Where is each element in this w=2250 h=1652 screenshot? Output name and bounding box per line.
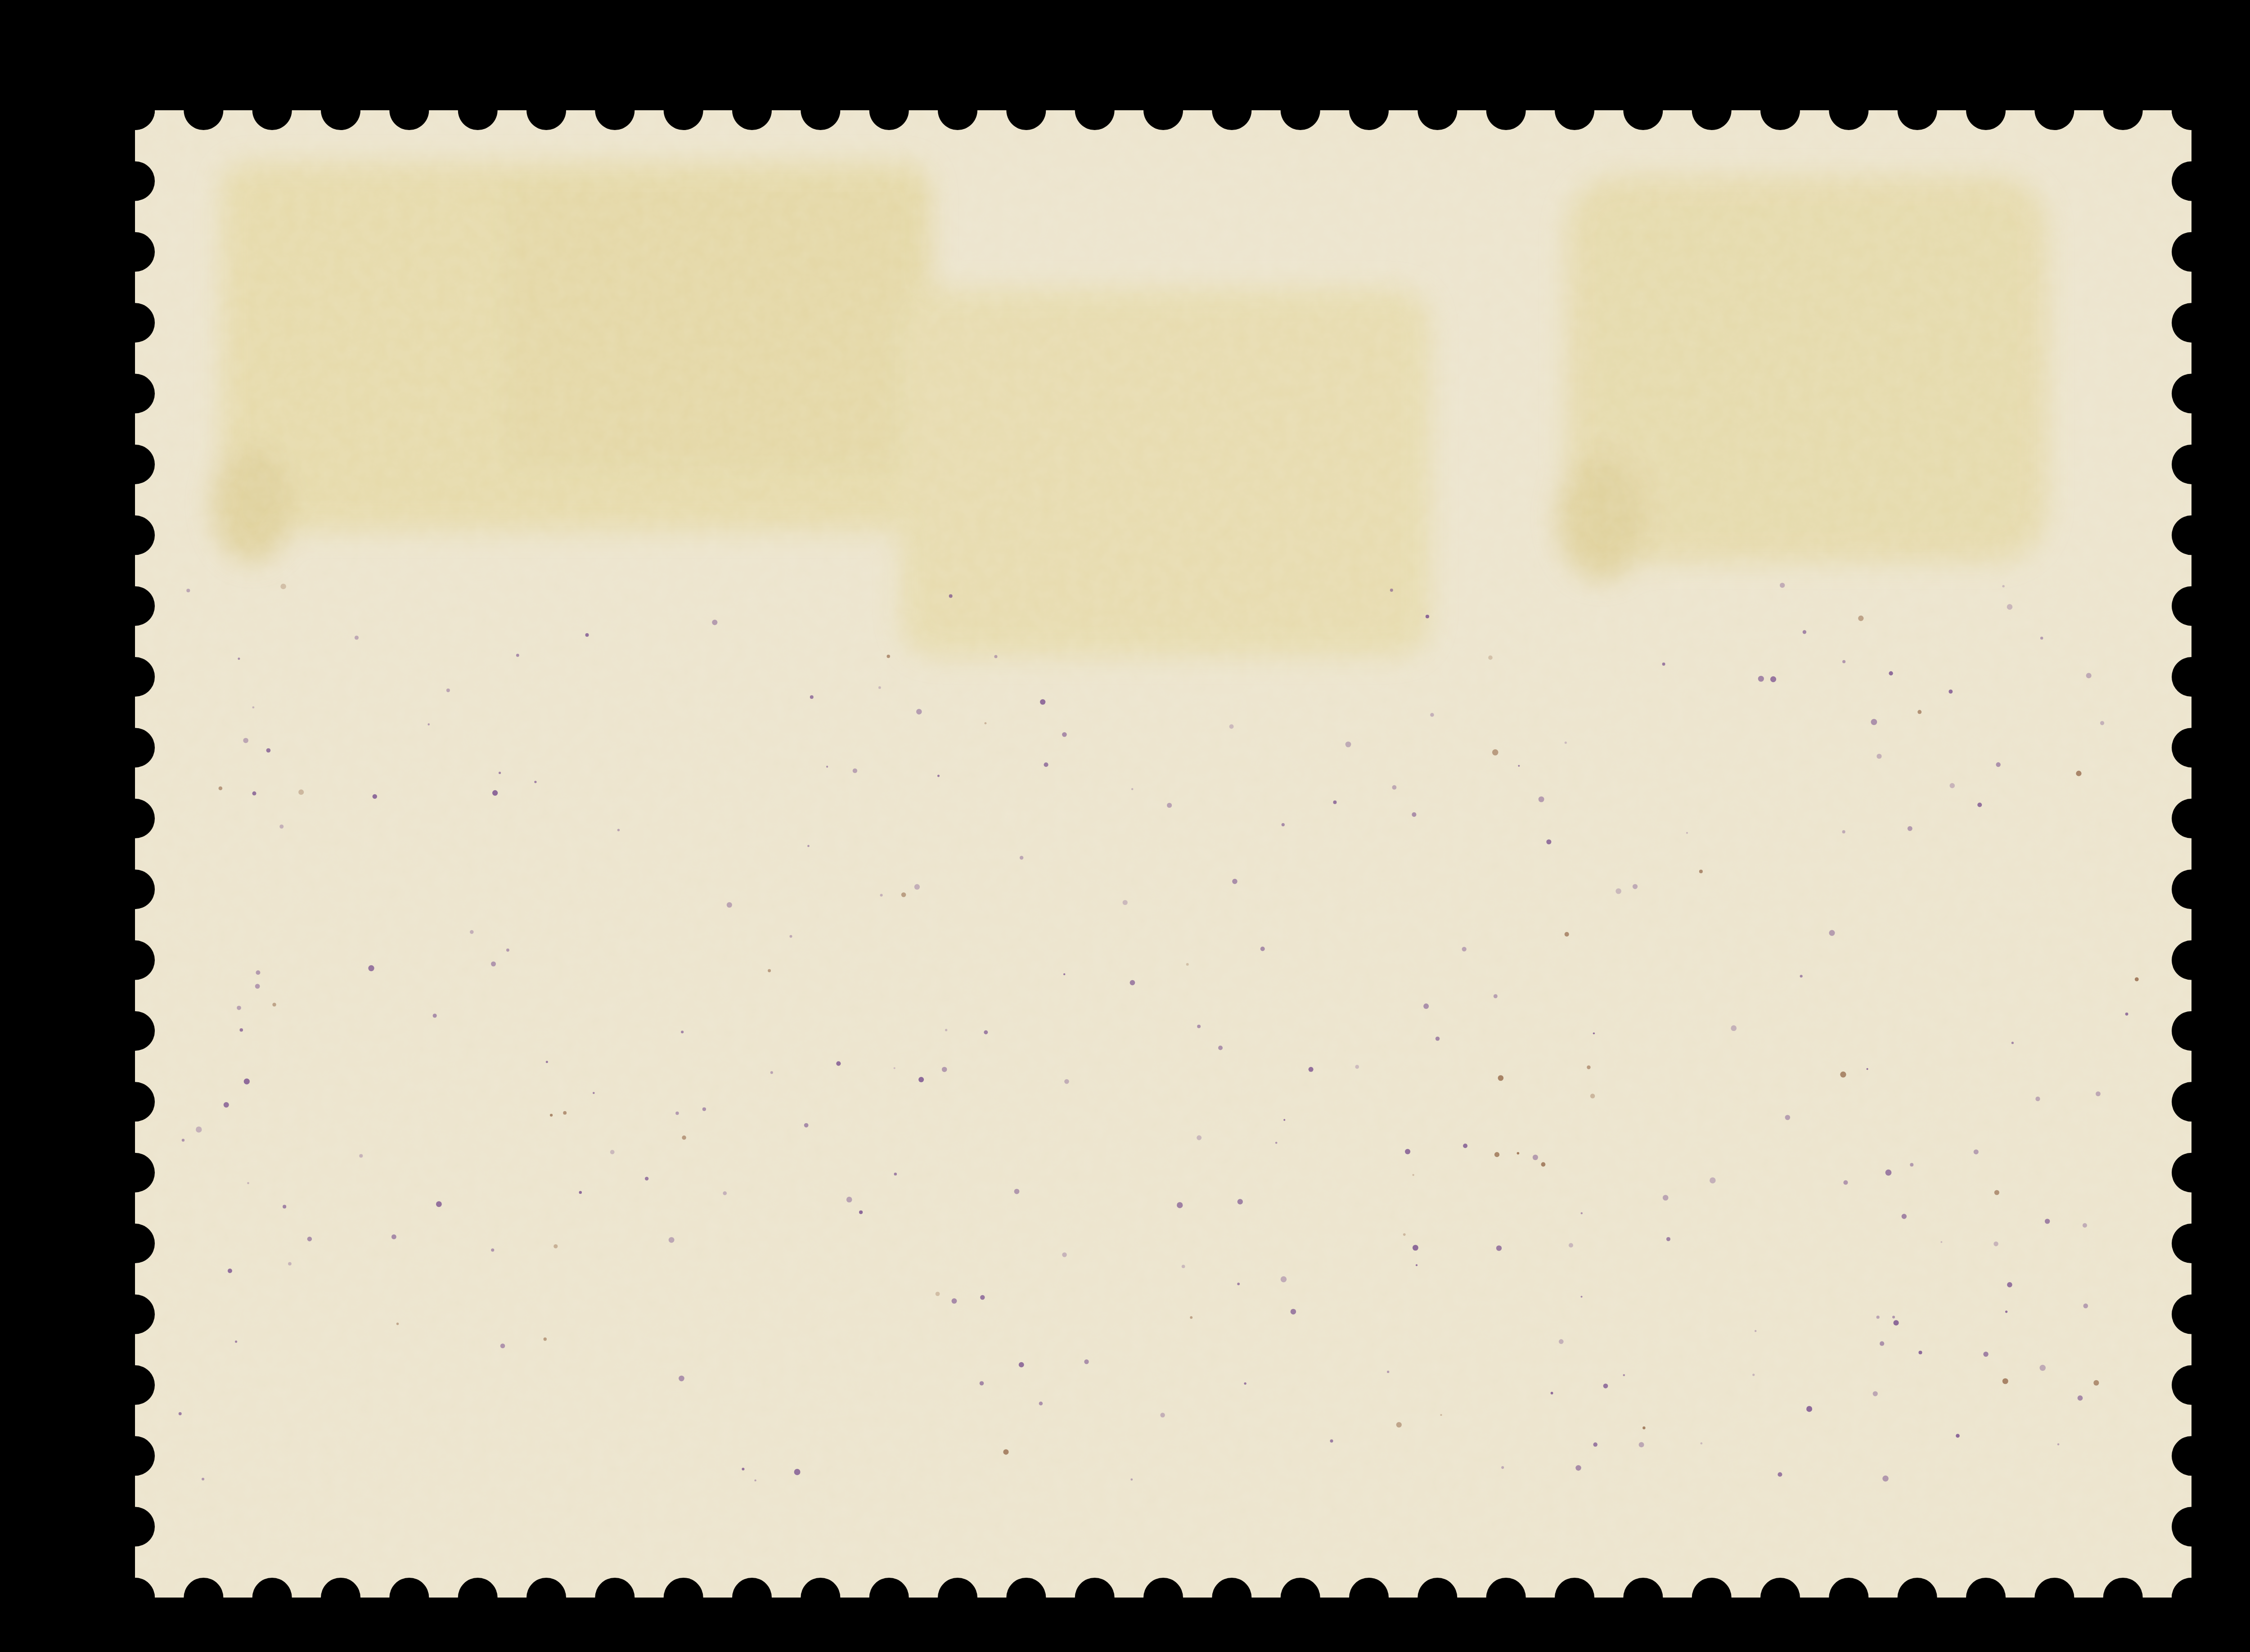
stamp bbox=[0, 0, 2250, 1652]
stamp-back-photo bbox=[0, 0, 2250, 1652]
